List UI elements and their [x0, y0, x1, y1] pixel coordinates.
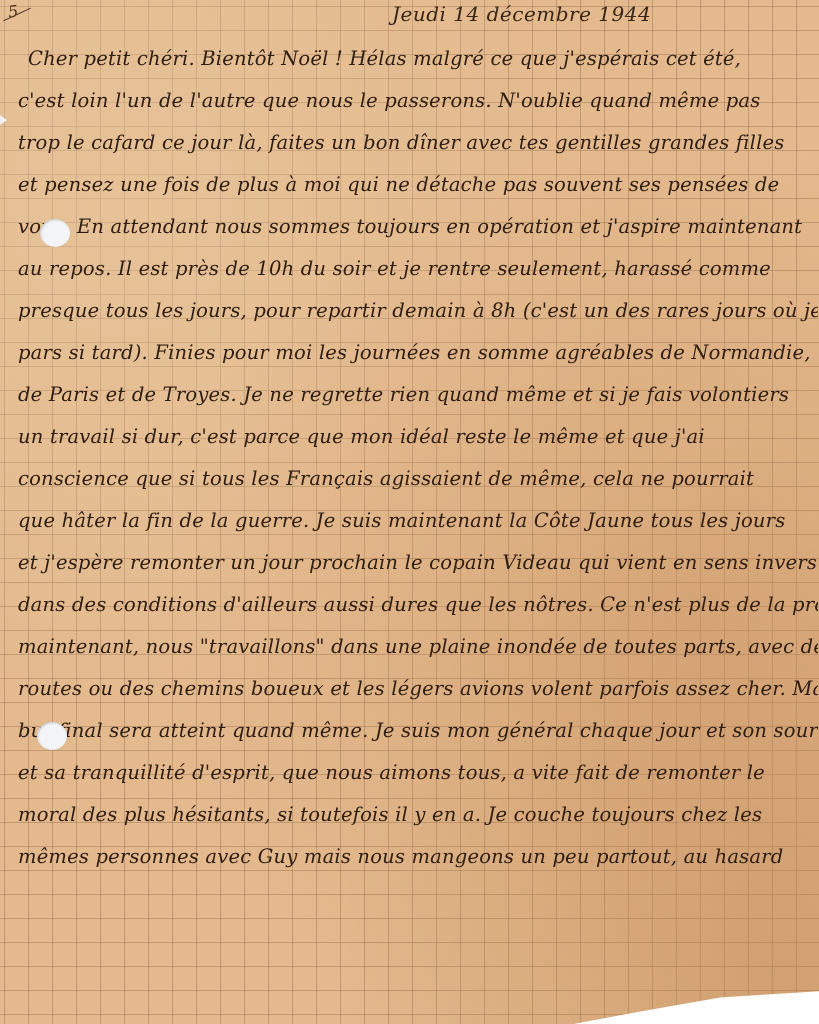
letter-line: au repos. Il est près de 10h du soir et …	[18, 248, 818, 290]
letter-body: Cher petit chéri. Bientôt Noël ! Hélas m…	[18, 38, 818, 878]
margin-mark	[0, 115, 7, 125]
letter-sheet: 5 Jeudi 14 décembre 1944 Cher petit chér…	[0, 0, 819, 1024]
letter-line: et pensez une fois de plus à moi qui ne …	[18, 164, 818, 206]
letter-line: de Paris et de Troyes. Je ne regrette ri…	[18, 374, 818, 416]
letter-line: que hâter la fin de la guerre. Je suis m…	[18, 500, 818, 542]
letter-line: pars si tard). Finies pour moi les journ…	[18, 332, 818, 374]
letter-date: Jeudi 14 décembre 1944	[392, 2, 651, 26]
letter-line: et sa tranquillité d'esprit, que nous ai…	[18, 752, 818, 794]
letter-line: vous. En attendant nous sommes toujours …	[18, 206, 818, 248]
letter-line: dans des conditions d'ailleurs aussi dur…	[18, 584, 818, 626]
letter-line: conscience que si tous les Français agis…	[18, 458, 818, 500]
letter-line: but final sera atteint quand même. Je su…	[18, 710, 818, 752]
letter-line: mêmes personnes avec Guy mais nous mange…	[18, 836, 818, 878]
letter-line: un travail si dur, c'est parce que mon i…	[18, 416, 818, 458]
letter-line: Cher petit chéri. Bientôt Noël ! Hélas m…	[18, 38, 818, 80]
letter-line: trop le cafard ce jour là, faites un bon…	[18, 122, 818, 164]
letter-line: c'est loin l'un de l'autre que nous le p…	[18, 80, 818, 122]
letter-line: moral des plus hésitants, si toutefois i…	[18, 794, 818, 836]
letter-line: et j'espère remonter un jour prochain le…	[18, 542, 818, 584]
letter-line: maintenant, nous "travaillons" dans une …	[18, 626, 818, 668]
punch-hole-bottom	[37, 722, 67, 750]
letter-line: presque tous les jours, pour repartir de…	[18, 290, 818, 332]
letter-line: routes ou des chemins boueux et les lége…	[18, 668, 818, 710]
punch-hole-top	[40, 219, 70, 247]
